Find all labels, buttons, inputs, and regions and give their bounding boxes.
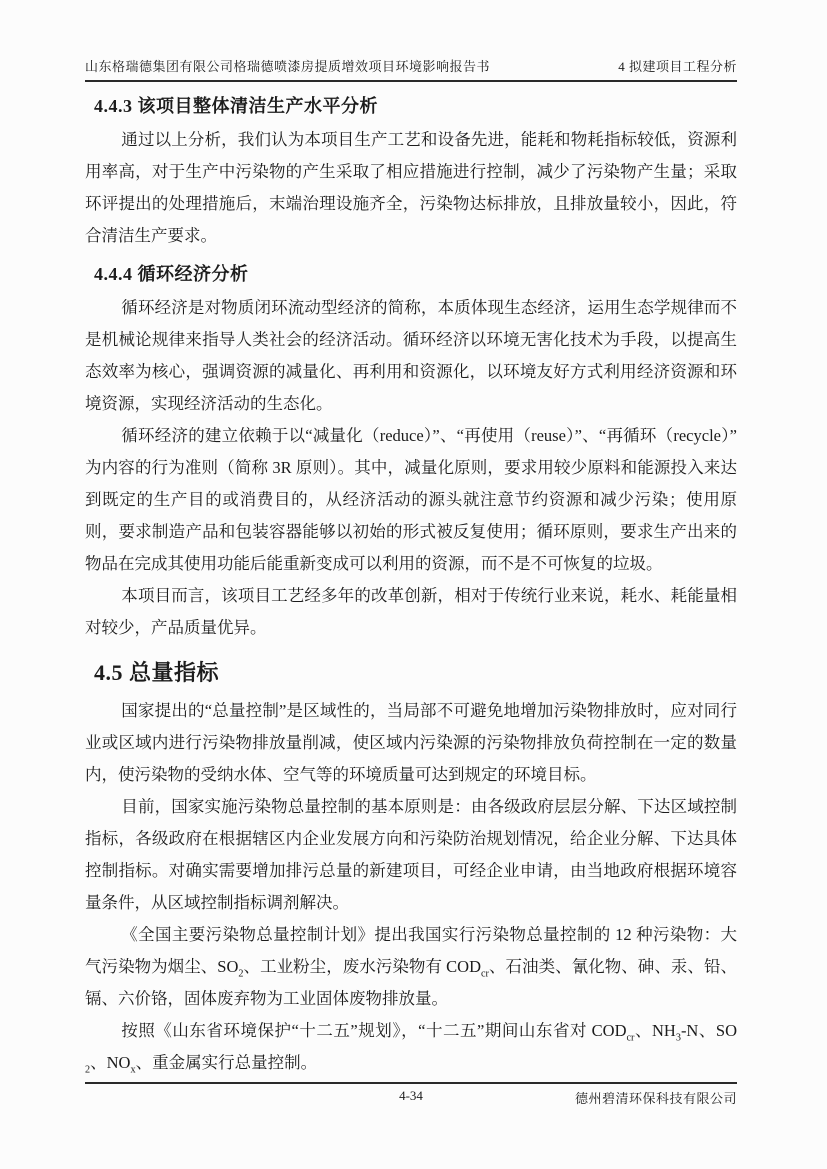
paragraph-shandong-12th-five-year-plan: 按照《山东省环境保护“十二五”规划》，“十二五”期间山东省对 CODcr、NH3…: [85, 1015, 737, 1079]
header-chapter-title: 4 拟建项目工程分析: [618, 56, 737, 75]
page-number: 4-34: [85, 1088, 737, 1104]
paragraph-national-12-pollutants: 《全国主要污染物总量控制计划》提出我国实行污染物总量控制的 12 种污染物：大气…: [85, 919, 737, 1015]
page-footer: 4-34 德州碧清环保科技有限公司: [85, 1082, 737, 1107]
paragraph-total-quantity-control-regional: 国家提出的“总量控制”是区域性的，当局部不可避免地增加污染物排放时，应对同行业或…: [85, 695, 737, 791]
report-page: 山东格瑞德集团有限公司格瑞德喷漆房提质增效项目环境影响报告书 4 拟建项目工程分…: [0, 0, 827, 1169]
paragraph-circular-economy-definition: 循环经济是对物质闭环流动型经济的简称，本质体现生态经济，运用生态学规律而不是机械…: [85, 292, 737, 420]
section-heading-4-4-4: 4.4.4 循环经济分析: [85, 262, 737, 287]
paragraph-project-circular-economy: 本项目而言，该项目工艺经多年的改革创新，相对于传统行业来说，耗水、耗能量相对较少…: [85, 580, 737, 644]
page-header: 山东格瑞德集团有限公司格瑞德喷漆房提质增效项目环境影响报告书 4 拟建项目工程分…: [85, 56, 737, 82]
paragraph-total-quantity-control-principles: 目前，国家实施污染物总量控制的基本原则是：由各级政府层层分解、下达区域控制指标，…: [85, 791, 737, 919]
paragraph-clean-production-conclusion: 通过以上分析，我们认为本项目生产工艺和设备先进，能耗和物耗指标较低，资源利用率高…: [85, 124, 737, 252]
paragraph-3r-principles: 循环经济的建立依赖于以“减量化（reduce）”、“再使用（reuse）”、“再…: [85, 420, 737, 580]
section-heading-4-4-3: 4.4.3 该项目整体清洁生产水平分析: [85, 94, 737, 119]
document-content: 4.4.3 该项目整体清洁生产水平分析 通过以上分析，我们认为本项目生产工艺和设…: [85, 84, 737, 1079]
header-report-title: 山东格瑞德集团有限公司格瑞德喷漆房提质增效项目环境影响报告书: [85, 56, 490, 75]
section-heading-4-5: 4.5 总量指标: [85, 657, 737, 688]
